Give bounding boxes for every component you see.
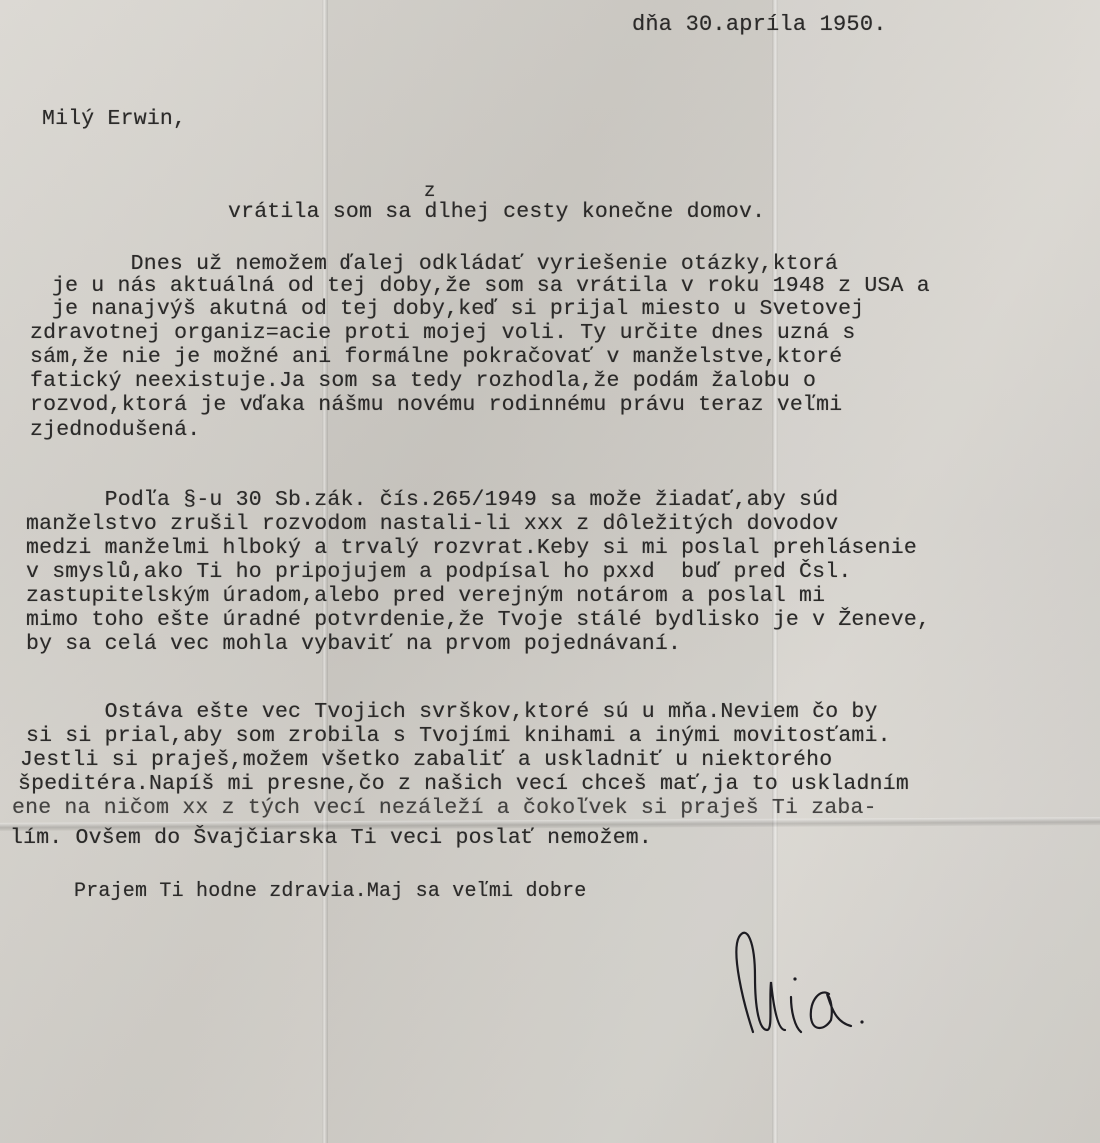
paragraph-2-line: manželstvo zrušil rozvodom nastali-li xx… <box>26 512 838 536</box>
paragraph-3-line: Ostáva ešte vec Tvojich svrškov,ktoré sú… <box>26 700 878 724</box>
paragraph-2-line: Podľa §-u 30 Sb.zák. čís.265/1949 sa mož… <box>26 488 838 512</box>
letter-paper: dňa 30.apríla 1950. Milý Erwin, z vrátil… <box>0 0 1100 1143</box>
paragraph-1-line: rozvod,ktorá je vďaka nášmu novému rodin… <box>30 393 842 417</box>
paragraph-2-line: by sa celá vec mohla vybaviť na prvom po… <box>26 632 681 656</box>
handwritten-signature <box>725 922 865 1042</box>
paragraph-1-line: je nanajvýš akutná od tej doby,keď si pr… <box>52 297 864 321</box>
closing-line: Prajem Ti hodne zdravia.Maj sa veľmi dob… <box>74 880 586 903</box>
paragraph-3-line: šped​itéra.Napíš mi presne,čo z našich v… <box>18 772 909 796</box>
paragraph-2-line: mimo toho ešte úradné potvrdenie,že Tvoj… <box>26 608 930 632</box>
paragraph-2-line: v smyslů,ako Ti ho pripojujem a podpísal… <box>26 560 851 584</box>
paragraph-1-line: Dnes už nemožem ďalej odkládať vyriešeni… <box>52 252 838 276</box>
paragraph-2-line: zastupitelským úradom,alebo pred verejný… <box>26 584 825 608</box>
paragraph-3-line: ene na ničom xx z tých vecí nezáleží a č… <box>12 796 877 820</box>
paragraph-1-line: zdravotnej organiz=acie proti mojej voli… <box>30 321 855 345</box>
letter-date: dňa 30.apríla 1950. <box>632 12 887 37</box>
paragraph-1-line: zjednodušená. <box>30 418 200 442</box>
paragraph-1-line: je u nás aktuálná od tej doby,že som sa … <box>52 274 930 298</box>
paragraph-2-line: medzi manželmi hlboký a trvalý rozvrat.K… <box>26 536 917 560</box>
paragraph-3-line: lím. Ovšem do Švajčiarska Ti veci poslať… <box>10 826 652 850</box>
salutation: Milý Erwin, <box>42 107 186 131</box>
paragraph-1-line: sám,že nie je možné ani formálne pokračo… <box>30 345 842 369</box>
opening-line: vrátila som sa dlhej cesty konečne domov… <box>228 200 765 224</box>
handwritten-insertion: z <box>424 180 436 202</box>
paragraph-3-line: si si prial,aby som zrobila s Tvojími kn… <box>26 724 891 748</box>
paragraph-1-line: fatický neexistuje.Ja som sa tedy rozhod… <box>30 369 816 393</box>
paragraph-3-line: Jestli si praješ,možem všetko zabaliť a … <box>20 748 832 772</box>
